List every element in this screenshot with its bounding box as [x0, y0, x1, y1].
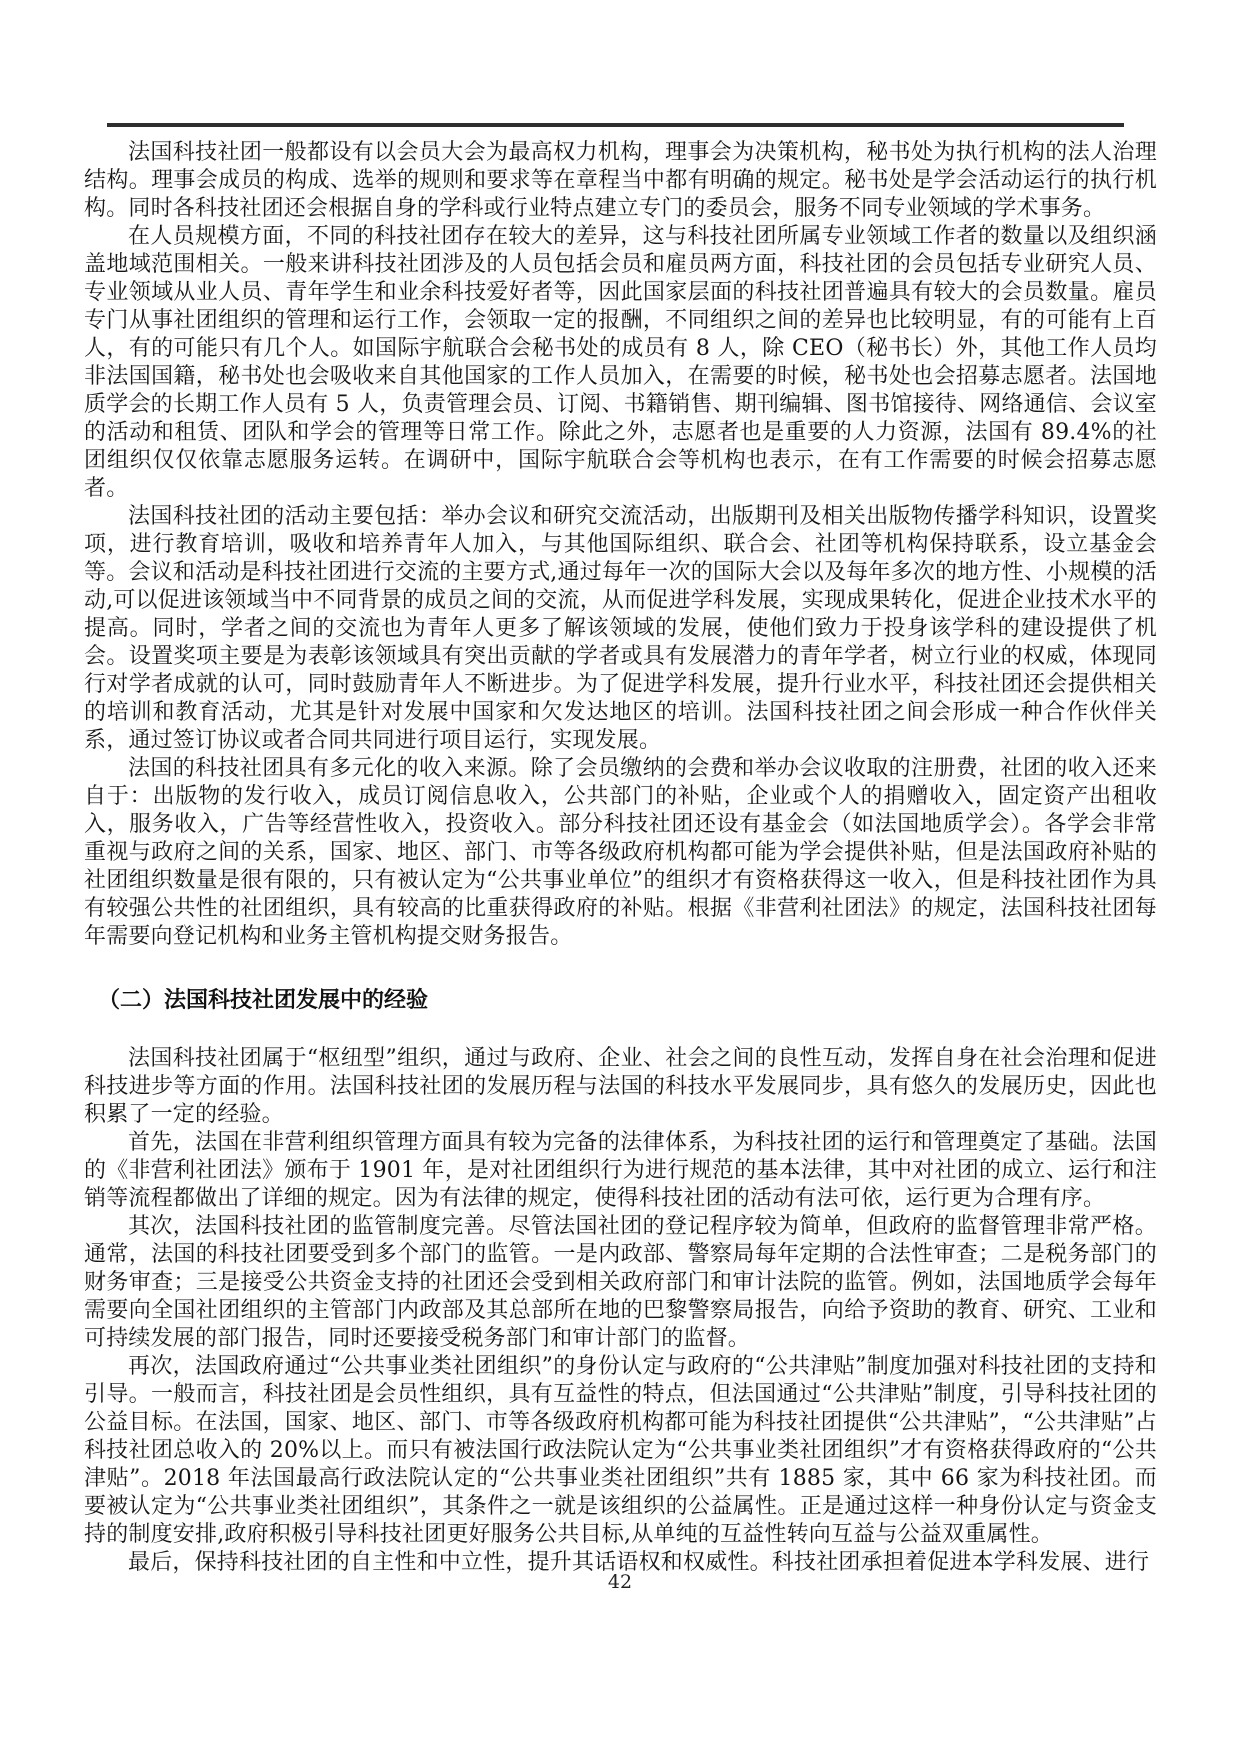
- section-heading: （二）法国科技社团发展中的经验: [84, 987, 1157, 1015]
- body-paragraph: 其次，法国科技社团的监管制度完善。尽管法国社团的登记程序较为简单，但政府的监督管…: [84, 1213, 1157, 1353]
- body-paragraph: 法国科技社团一般都设有以会员大会为最高权力机构，理事会为决策机构，秘书处为执行机…: [84, 139, 1157, 223]
- body-paragraph: 首先，法国在非营利组织管理方面具有较为完备的法律体系，为科技社团的运行和管理奠定…: [84, 1129, 1157, 1213]
- body-paragraph: 法国科技社团属于“枢纽型”组织，通过与政府、企业、社会之间的良性互动，发挥自身在…: [84, 1045, 1157, 1129]
- body-paragraph: 法国科技社团的活动主要包括：举办会议和研究交流活动，出版期刊及相关出版物传播学科…: [84, 503, 1157, 755]
- page-number: 42: [0, 1570, 1240, 1594]
- header-divider-rule: [107, 123, 1124, 127]
- body-paragraph: 法国的科技社团具有多元化的收入来源。除了会员缴纳的会费和举办会议收取的注册费，社…: [84, 755, 1157, 951]
- body-paragraph: 再次，法国政府通过“公共事业类社团组织”的身份认定与政府的“公共津贴”制度加强对…: [84, 1353, 1157, 1549]
- body-paragraph: 在人员规模方面，不同的科技社团存在较大的差异，这与科技社团所属专业领域工作者的数…: [84, 223, 1157, 503]
- page-content: 法国科技社团一般都设有以会员大会为最高权力机构，理事会为决策机构，秘书处为执行机…: [84, 139, 1157, 1577]
- document-page: 法国科技社团一般都设有以会员大会为最高权力机构，理事会为决策机构，秘书处为执行机…: [0, 0, 1240, 1753]
